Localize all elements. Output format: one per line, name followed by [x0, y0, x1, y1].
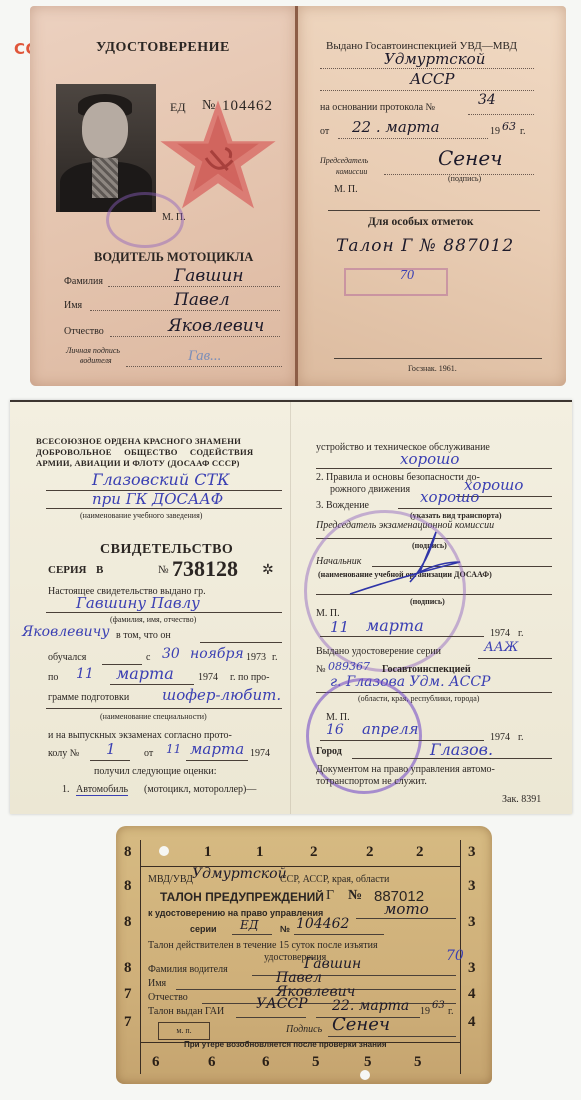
chairman-signature: Сенеч [438, 146, 503, 170]
licence-type: мото [384, 900, 429, 918]
bottom-number: 6 [152, 1054, 160, 1071]
licence-category: ВОДИТЕЛЬ МОТОЦИКЛА [94, 250, 253, 265]
grade1-subject: Автомобиль [76, 784, 128, 796]
date2-day: 16 [326, 722, 344, 738]
series-label: серии [190, 924, 217, 934]
field-label: Фамилия водителя [148, 964, 228, 975]
licence-title: УДОСТОВЕРЕНИЕ [96, 40, 230, 56]
that-label: в том, что он [116, 630, 171, 641]
protocol-year: 1974 [250, 748, 270, 759]
punch-hole [360, 1070, 370, 1080]
grade2-label: 2. Правила и основы безопасности до- [316, 472, 480, 483]
program-label: грамме подготовки [48, 692, 129, 703]
year-unit: г. [518, 732, 523, 743]
studied-label: обучался [48, 652, 86, 663]
chairman-label: Председатель [320, 156, 368, 165]
issued-by-republic: АССР [410, 70, 454, 88]
side-number: 8 [124, 878, 132, 895]
handwritten-mark: 70 [446, 948, 464, 964]
to-label: по [48, 672, 58, 683]
side-number: 4 [468, 986, 476, 1003]
licence-series: ЕД [240, 918, 259, 932]
issued-date: 22. марта [332, 998, 409, 1014]
special-mark-talon: Талон Г № 887012 [336, 236, 514, 256]
date-prefix: от [320, 126, 329, 137]
signature-label: водителя [80, 356, 112, 365]
driver-licence: УДОСТОВЕРЕНИЕ ЕД № 104462 М. П. ВОДИТЕЛЬ… [30, 6, 566, 386]
field-label: Отчество [148, 992, 188, 1003]
ministry-label: МВД/УВД [148, 874, 193, 885]
year-suffix: 63 [502, 120, 516, 133]
program-suffix: г. по про- [230, 672, 270, 683]
field-value: Павел [174, 290, 230, 310]
date-month: марта [366, 616, 424, 635]
to-year: 1974 [198, 672, 218, 683]
field-label: Отчество [64, 326, 104, 337]
order-number: Зак. 8391 [502, 794, 541, 805]
field-value: Гавшин [174, 266, 244, 286]
program-value: шофер-любит. [162, 686, 281, 704]
licence-right-page: Выдано Госавтоинспекцией УВД—МВД Удмуртс… [298, 6, 566, 386]
licence-left-page: УДОСТОВЕРЕНИЕ ЕД № 104462 М. П. ВОДИТЕЛЬ… [30, 6, 296, 386]
from-label: с [146, 652, 150, 663]
year-prefix: 19 [420, 1006, 430, 1017]
grades-label: получил следующие оценки: [94, 766, 217, 777]
field-label: Фамилия [64, 276, 103, 287]
field-label: Имя [148, 978, 166, 989]
protocol-number: 34 [478, 92, 496, 108]
year-unit: г. [520, 126, 525, 137]
bottom-number: 5 [414, 1054, 422, 1071]
stamp-place-label: М. П. [334, 184, 358, 195]
validity-text: Талон действителен в течение 15 суток по… [148, 940, 378, 951]
protocol-date-label: от [144, 748, 153, 759]
from-day: 30 [162, 646, 180, 662]
protocol-day: 11 [166, 742, 181, 756]
grade1-number: 1. [62, 784, 70, 795]
number-sign: № [316, 664, 326, 675]
punch-hole [159, 846, 169, 856]
to-day: 11 [76, 666, 94, 682]
top-number: 2 [416, 844, 424, 861]
series-label: СЕРИЯ [48, 564, 87, 576]
school-hint: (наименование учебного заведения) [80, 511, 202, 520]
grade1-subject-alt: (мотоцикл, мотороллер)— [144, 784, 256, 795]
org-line: ДОБРОВОЛЬНОЕ ОБЩЕСТВО СОДЕЙСТВИЯ [36, 447, 288, 458]
recipient-patronymic: Яковлевичу [22, 624, 109, 640]
from-month: ноября [190, 646, 244, 662]
corner-number: 8 [124, 844, 132, 861]
talon-signature: Сенеч [332, 1014, 390, 1035]
side-number: 3 [468, 960, 476, 977]
ministry-value: Удмуртской [192, 866, 287, 882]
year-unit: г. [518, 628, 523, 639]
grade2-label: рожного движения [330, 484, 410, 495]
grade3-value: хорошо [420, 488, 479, 506]
bottom-number: 5 [312, 1054, 320, 1071]
certificate-number: 738128 [172, 556, 238, 582]
grade1-value: хорошо [400, 450, 459, 468]
talon-title: ТАЛОН ПРЕДУПРЕЖДЕНИЙ [160, 890, 324, 904]
date-year: 1974 [490, 628, 510, 639]
city-value: Глазов. [430, 740, 493, 759]
signature-hint: (подпись) [448, 174, 481, 183]
warning-talon: 8 1 1 2 2 2 3 8 8 8 7 7 3 3 3 4 4 6 6 6 … [116, 826, 492, 1084]
grade3-hint: (указать вид транспорта) [410, 511, 502, 520]
side-number: 8 [124, 960, 132, 977]
side-number: 3 [468, 878, 476, 895]
grade3-label: 3. Вождение [316, 500, 369, 511]
chairman-label: комиссии [336, 167, 367, 176]
licence-series: ЕД [170, 100, 186, 115]
bottom-number: 5 [364, 1054, 372, 1071]
printer-label: Госзнак. 1961. [408, 364, 457, 373]
field-surname: Фамилия Гавшин [64, 268, 280, 288]
protocol-number: 1 [106, 740, 116, 758]
notice-line: Документом на право управления автомо- [316, 764, 495, 775]
issued-label: Выдано удостоверение серии [316, 646, 441, 657]
top-number: 1 [256, 844, 264, 861]
licence-number: 104462 [222, 98, 273, 115]
number-sign: № [280, 924, 290, 934]
date-day: 11 [330, 618, 349, 636]
org-line: ВСЕСОЮЗНОЕ ОРДЕНА КРАСНОГО ЗНАМЕНИ [36, 436, 288, 447]
program-hint: (наименование специальности) [100, 712, 207, 721]
org-header: ВСЕСОЮЗНОЕ ОРДЕНА КРАСНОГО ЗНАМЕНИ ДОБРО… [36, 436, 288, 469]
training-certificate: ВСЕСОЮЗНОЕ ОРДЕНА КРАСНОГО ЗНАМЕНИ ДОБРО… [10, 400, 572, 814]
talon-series: Г [326, 888, 334, 904]
licence-number: 104462 [296, 916, 349, 932]
issued-number: 089367 [328, 660, 370, 673]
number-sign: № [158, 564, 169, 576]
driver-signature: Гав... [188, 348, 221, 365]
special-marks-title: Для особых отметок [368, 216, 473, 228]
issued-by-region: Удмуртской [384, 50, 485, 68]
ornament-icon: ✲ [262, 562, 274, 579]
year-unit: г. [272, 652, 277, 663]
side-number: 3 [468, 914, 476, 931]
side-number: 7 [124, 1014, 132, 1031]
issue-date: 22 . марта [352, 118, 440, 136]
field-value: Яковлевич [168, 316, 264, 336]
field-label: Имя [64, 300, 82, 311]
signature-label: Личная подпись [66, 346, 120, 355]
school-name-line2: при ГК ДОСААФ [92, 490, 223, 508]
number-sign: № [202, 98, 215, 114]
red-star-icon [158, 98, 278, 212]
corner-number: 3 [468, 844, 476, 861]
number-sign: № [348, 888, 362, 904]
side-number: 4 [468, 1014, 476, 1031]
top-number: 1 [204, 844, 212, 861]
bottom-number: 6 [262, 1054, 270, 1071]
stamp-place-box: м. п. [158, 1022, 210, 1040]
protocol-label: на основании протокола № [320, 102, 435, 113]
year-prefix: 19 [490, 126, 500, 137]
issued-by: УАССР [256, 996, 308, 1012]
year-unit: г. [448, 1006, 453, 1017]
field-name: Имя Павел [64, 292, 280, 312]
field-patronymic: Отчество Яковлевич [64, 316, 280, 336]
field-signature: Личная подпись водителя Гав... [66, 346, 282, 372]
stamp-number: 70 [400, 268, 414, 284]
side-number: 8 [124, 914, 132, 931]
to-month: марта [116, 664, 174, 683]
city-label: Город [316, 746, 342, 757]
issued-series: ААЖ [484, 640, 518, 655]
from-year: 1973 [246, 652, 266, 663]
top-number: 2 [366, 844, 374, 861]
ministry-suffix: ССР, АССР, края, области [280, 874, 389, 885]
top-number: 2 [310, 844, 318, 861]
footer-text: При утере возобновляется после проверки … [184, 1040, 387, 1049]
faded-stamp [106, 192, 184, 248]
recipient-name: Гавшину Павлу [76, 594, 200, 612]
protocol-month: марта [190, 740, 244, 758]
school-name-line1: Глазовский СТК [92, 470, 230, 489]
side-number: 7 [124, 986, 132, 1003]
issued-year: 63 [432, 1000, 445, 1011]
issued-label: Талон выдан ГАИ [148, 1006, 224, 1017]
org-line: АРМИИ, АВИАЦИИ И ФЛОТУ (ДОСААФ СССР) [36, 458, 288, 469]
protocol-label: колу № [48, 748, 79, 759]
date2-month: апреля [362, 720, 419, 738]
signature-label: Подпись [286, 1024, 322, 1035]
series-value: В [96, 564, 103, 576]
notice-line: тотранспортом не служит. [316, 776, 427, 787]
rectangular-stamp [344, 268, 448, 296]
name-hint: (фамилия, имя, отчество) [110, 615, 196, 624]
bottom-number: 6 [208, 1054, 216, 1071]
